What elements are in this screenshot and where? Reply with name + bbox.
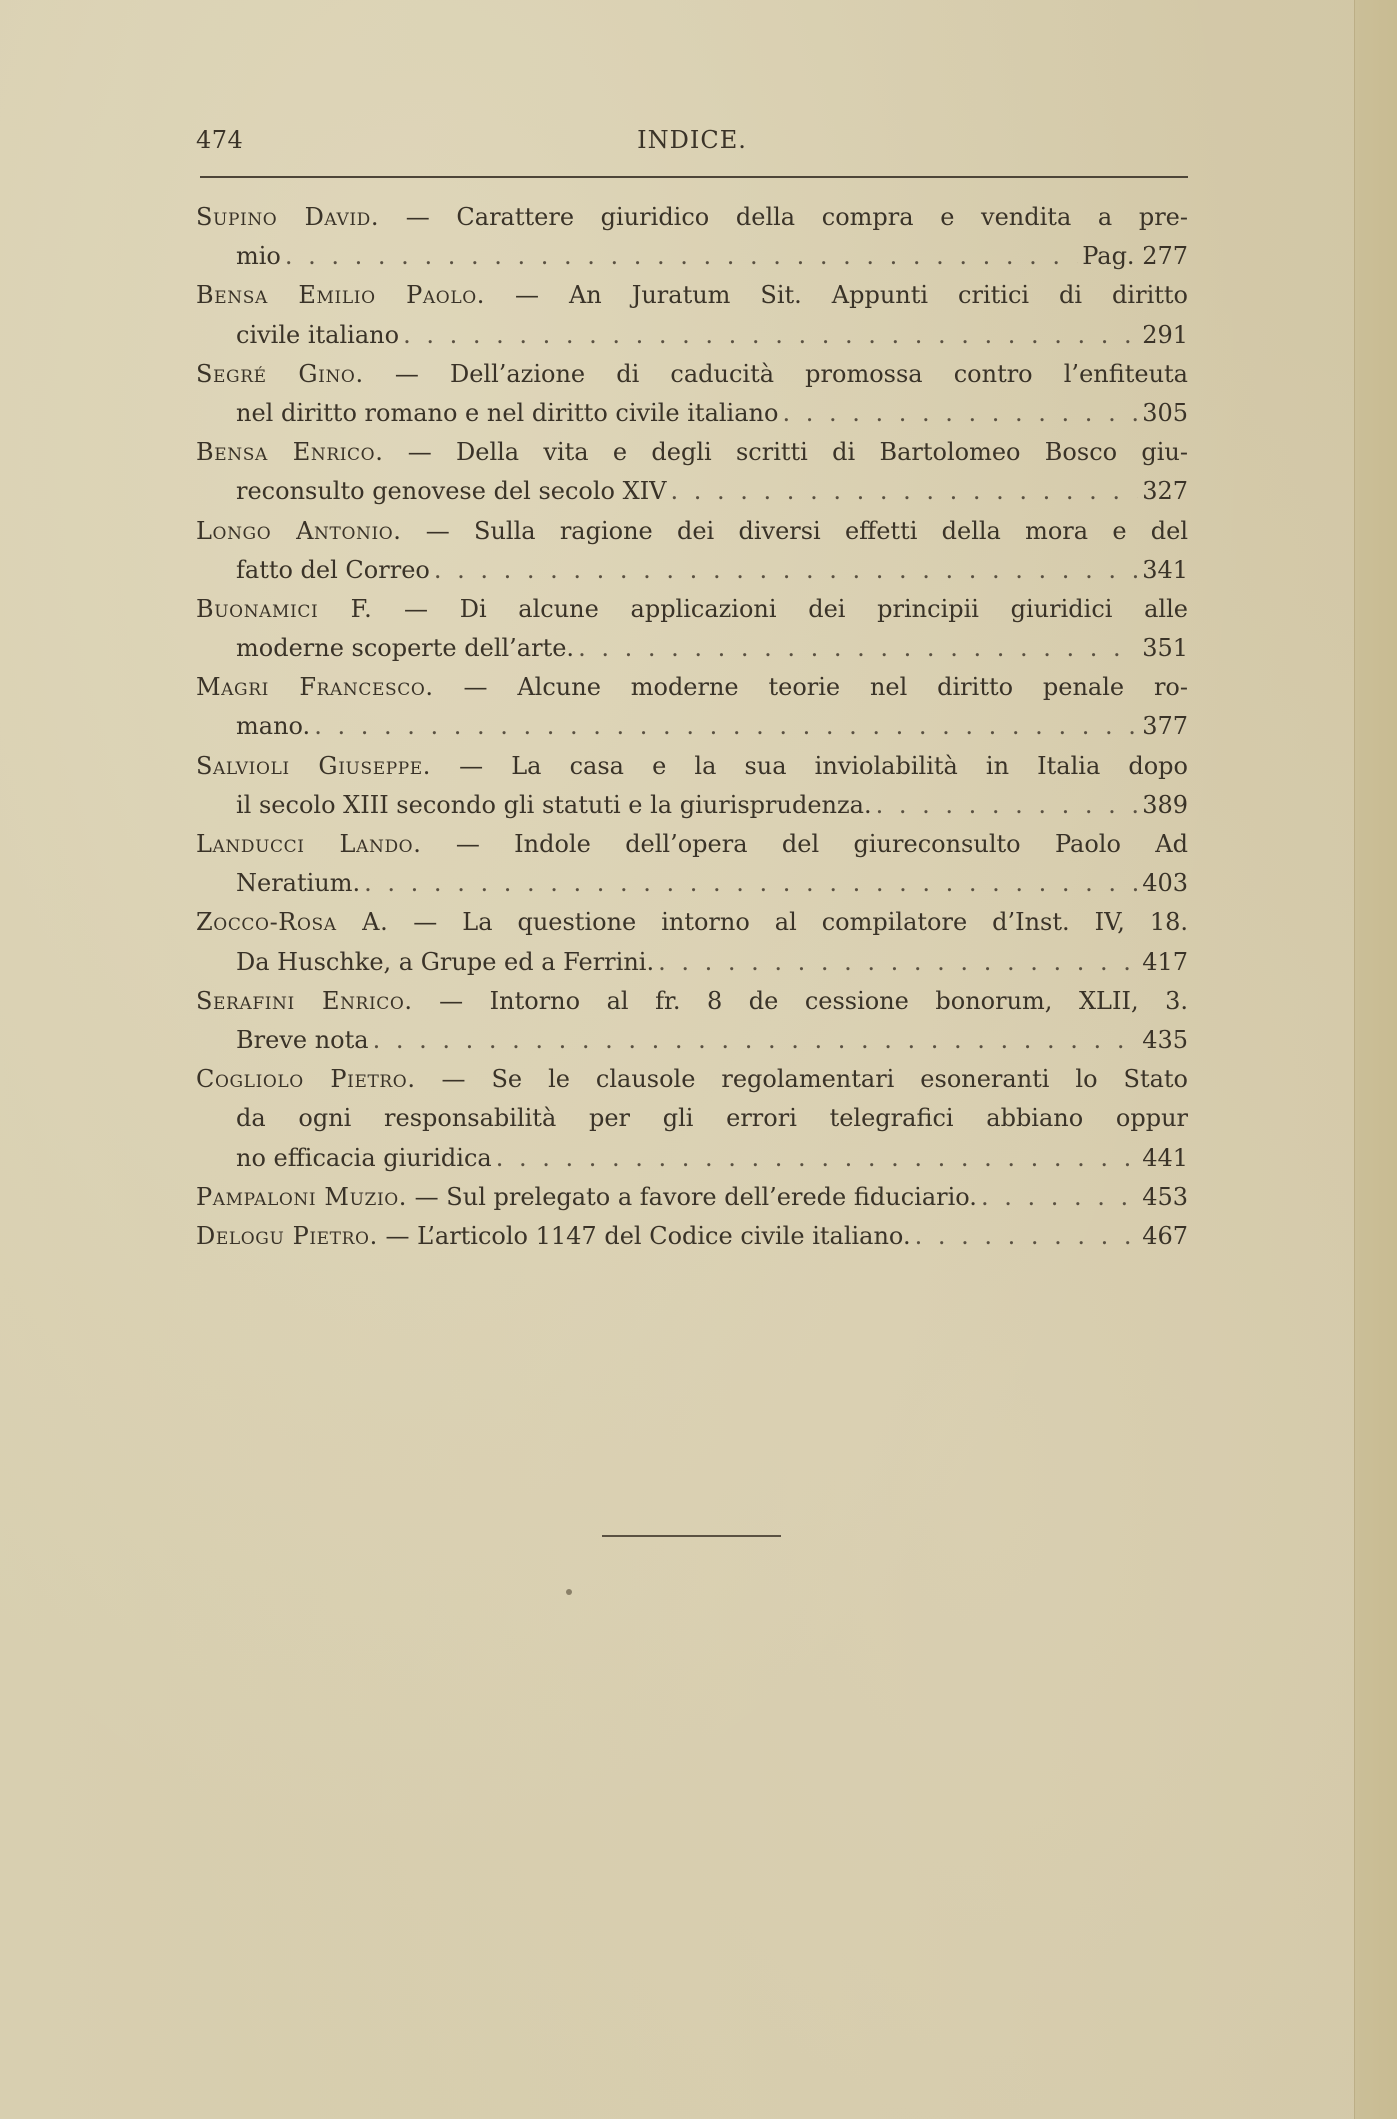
toc-entry: Cogliolo Pietro. — Se le clausole regola… [196,1060,1188,1178]
entry-title-text: — Carattere giuridico della compra e ven… [406,203,1188,231]
page-reference: 435 [1142,1021,1188,1060]
leader-dots: . . . . . . . . . . . . . . . . . . . . … [403,316,1138,355]
entry-author: Bensa Emilio Paolo. [196,281,485,309]
entry-line: Bensa Enrico. — Della vita e degli scrit… [196,433,1188,472]
entry-last-line: Pampaloni Muzio. — Sul prelegato a favor… [196,1178,1188,1217]
entry-last-line: Da Huschke, a Grupe ed a Ferrini.. . . .… [196,943,1188,982]
entry-title-text: Neratium. [236,869,360,897]
page-reference: 305 [1142,394,1188,433]
entry-author: Cogliolo Pietro. [196,1065,416,1093]
entry-last-line: nel diritto romano e nel diritto civile … [196,394,1188,433]
toc-entry: Buonamici F. — Di alcune applicazioni de… [196,590,1188,668]
leader-dots: . . . . . . . . . . . . . . . . . . . . … [373,1021,1139,1060]
toc-entry: Bensa Emilio Paolo. — An Juratum Sit. Ap… [196,276,1188,354]
leader-dots: . . . . . . . . . . . . . . . . . . . . … [364,864,1138,903]
toc-entry: Bensa Enrico. — Della vita e degli scrit… [196,433,1188,511]
entry-line: da ogni responsabilità per gli errori te… [196,1099,1188,1138]
entry-line: Serafini Enrico. — Intorno al fr. 8 de c… [196,982,1188,1021]
page-reference: 327 [1142,472,1188,511]
leader-dots: . . . . . . . . . . . . . . . . . . . . … [981,1178,1138,1217]
header-rule [200,176,1188,178]
entry-title-text: — Sulla ragione dei diversi effetti dell… [426,517,1188,545]
leader-dots: . . . . . . . . . . . . . . . . . . . . … [314,707,1138,746]
leader-dots: . . . . . . . . . . . . . . . . . . . . … [434,551,1138,590]
closing-rule [602,1535,781,1537]
entry-author: Bensa Enrico. [196,438,383,466]
entry-last-line: Breve nota. . . . . . . . . . . . . . . … [196,1021,1188,1060]
leader-dots: . . . . . . . . . . . . . . . . . . . . … [876,786,1139,825]
page-reference: 351 [1142,629,1188,668]
leader-dots: . . . . . . . . . . . . . . . . . . . . … [671,472,1139,511]
entry-last-line: no efficacia giuridica. . . . . . . . . … [196,1139,1188,1178]
entry-title-text: reconsulto genovese del secolo XIV [236,477,667,505]
page-reference: 467 [1142,1217,1188,1256]
entry-title-text: — Di alcune applicazioni dei principii g… [404,595,1188,623]
entry-last-line: mano.. . . . . . . . . . . . . . . . . .… [196,707,1188,746]
entry-title-text: — La questione intorno al compilatore d’… [413,908,1188,936]
page-reference: 291 [1142,316,1188,355]
entry-author: Longo Antonio. [196,517,402,545]
entry-title-text: — Se le clausole regolamentari esonerant… [442,1065,1188,1093]
entry-author: Magri Francesco. [196,673,434,701]
entry-last-line: Neratium.. . . . . . . . . . . . . . . .… [196,864,1188,903]
entry-last-line: civile italiano. . . . . . . . . . . . .… [196,316,1188,355]
entry-last-line: moderne scoperte dell’arte.. . . . . . .… [196,629,1188,668]
toc-entry: Delogu Pietro. — L’articolo 1147 del Cod… [196,1217,1188,1256]
entry-last-line: fatto del Correo. . . . . . . . . . . . … [196,551,1188,590]
entry-line: Longo Antonio. — Sulla ragione dei diver… [196,512,1188,551]
entry-title-text: — Della vita e degli scritti di Bartolom… [408,438,1188,466]
running-title: INDICE. [196,126,1188,154]
entry-line: Magri Francesco. — Alcune moderne teorie… [196,668,1188,707]
entry-author: Zocco-Rosa A. [196,908,388,936]
toc-entry: Landucci Lando. — Indole dell’opera del … [196,825,1188,903]
toc-entry: Zocco-Rosa A. — La questione intorno al … [196,903,1188,981]
entry-title-text: — Sul prelegato a favore dell’erede fidu… [415,1183,977,1211]
table-of-contents: Supino David. — Carattere giuridico dell… [196,198,1188,1256]
entry-last-line: reconsulto genovese del secolo XIV. . . … [196,472,1188,511]
toc-entry: Serafini Enrico. — Intorno al fr. 8 de c… [196,982,1188,1060]
page-reference: 403 [1142,864,1188,903]
toc-entry: Supino David. — Carattere giuridico dell… [196,198,1188,276]
entry-title-text: fatto del Correo [236,556,430,584]
page-reference: 389 [1142,786,1188,825]
toc-entry: Magri Francesco. — Alcune moderne teorie… [196,668,1188,746]
leader-dots: . . . . . . . . . . . . . . . . . . . . … [578,629,1138,668]
entry-line: Salvioli Giuseppe. — La casa e la sua in… [196,747,1188,786]
entry-title-text: — An Juratum Sit. Appunti critici di dir… [515,281,1188,309]
entry-title-text: da ogni responsabilità per gli errori te… [236,1099,1188,1138]
toc-entry: Salvioli Giuseppe. — La casa e la sua in… [196,747,1188,825]
entry-author: Pampaloni Muzio. [196,1183,407,1211]
entry-title-text: il secolo XIII secondo gli statuti e la … [236,791,872,819]
entry-title-text: — Intorno al fr. 8 de cessione bonorum, … [439,987,1188,1015]
entry-last-line: Delogu Pietro. — L’articolo 1147 del Cod… [196,1217,1188,1256]
page-header: 474 INDICE. [196,126,1188,160]
toc-entry: Segré Gino. — Dell’azione di caducità pr… [196,355,1188,433]
entry-title-text: — Alcune moderne teorie nel diritto pena… [463,673,1188,701]
page-reference: 341 [1142,551,1188,590]
page-reference: Pag. 277 [1082,237,1188,276]
entry-title-text: no efficacia giuridica [236,1144,492,1172]
page-reference: 441 [1142,1139,1188,1178]
toc-entry: Longo Antonio. — Sulla ragione dei diver… [196,512,1188,590]
entry-line: Zocco-Rosa A. — La questione intorno al … [196,903,1188,942]
entry-line: Cogliolo Pietro. — Se le clausole regola… [196,1060,1188,1099]
toc-entry: Pampaloni Muzio. — Sul prelegato a favor… [196,1178,1188,1217]
entry-line: Supino David. — Carattere giuridico dell… [196,198,1188,237]
entry-author: Supino David. [196,203,379,231]
entry-title-text: civile italiano [236,321,399,349]
page-reference: 453 [1142,1178,1188,1217]
entry-author: Landucci Lando. [196,830,421,858]
page-edge [1354,0,1397,2119]
entry-author: Buonamici F. [196,595,372,623]
entry-line: Bensa Emilio Paolo. — An Juratum Sit. Ap… [196,276,1188,315]
entry-author: Delogu Pietro. [196,1222,378,1250]
page-reference: 417 [1142,943,1188,982]
entry-last-line: mio. . . . . . . . . . . . . . . . . . .… [196,237,1188,276]
entry-title-text: nel diritto romano e nel diritto civile … [236,399,778,427]
entry-title-text: — L’articolo 1147 del Codice civile ital… [385,1222,910,1250]
page-reference: 377 [1142,707,1188,746]
entry-line: Segré Gino. — Dell’azione di caducità pr… [196,355,1188,394]
leader-dots: . . . . . . . . . . . . . . . . . . . . … [782,394,1138,433]
entry-title-text: moderne scoperte dell’arte. [236,634,574,662]
entry-title-text: — Indole dell’opera del giureconsulto Pa… [456,830,1188,858]
entry-line: Landucci Lando. — Indole dell’opera del … [196,825,1188,864]
leader-dots: . . . . . . . . . . . . . . . . . . . . … [915,1217,1139,1256]
leader-dots: . . . . . . . . . . . . . . . . . . . . … [496,1139,1138,1178]
entry-line: Buonamici F. — Di alcune applicazioni de… [196,590,1188,629]
entry-title-text: mano. [236,712,310,740]
entry-title-text: — Dell’azione di caducità promossa contr… [395,360,1188,388]
entry-author: Serafini Enrico. [196,987,413,1015]
entry-title-text: Breve nota [236,1026,369,1054]
entry-author: Salvioli Giuseppe. [196,752,431,780]
entry-title-text: Da Huschke, a Grupe ed a Ferrini. [236,948,654,976]
paper-speck [566,1589,572,1595]
entry-last-line: il secolo XIII secondo gli statuti e la … [196,786,1188,825]
entry-author: Segré Gino. [196,360,364,388]
leader-dots: . . . . . . . . . . . . . . . . . . . . … [285,237,1078,276]
leader-dots: . . . . . . . . . . . . . . . . . . . . … [658,943,1138,982]
entry-title-text: — La casa e la sua inviolabilità in Ital… [459,752,1188,780]
entry-title-text: mio [236,242,281,270]
